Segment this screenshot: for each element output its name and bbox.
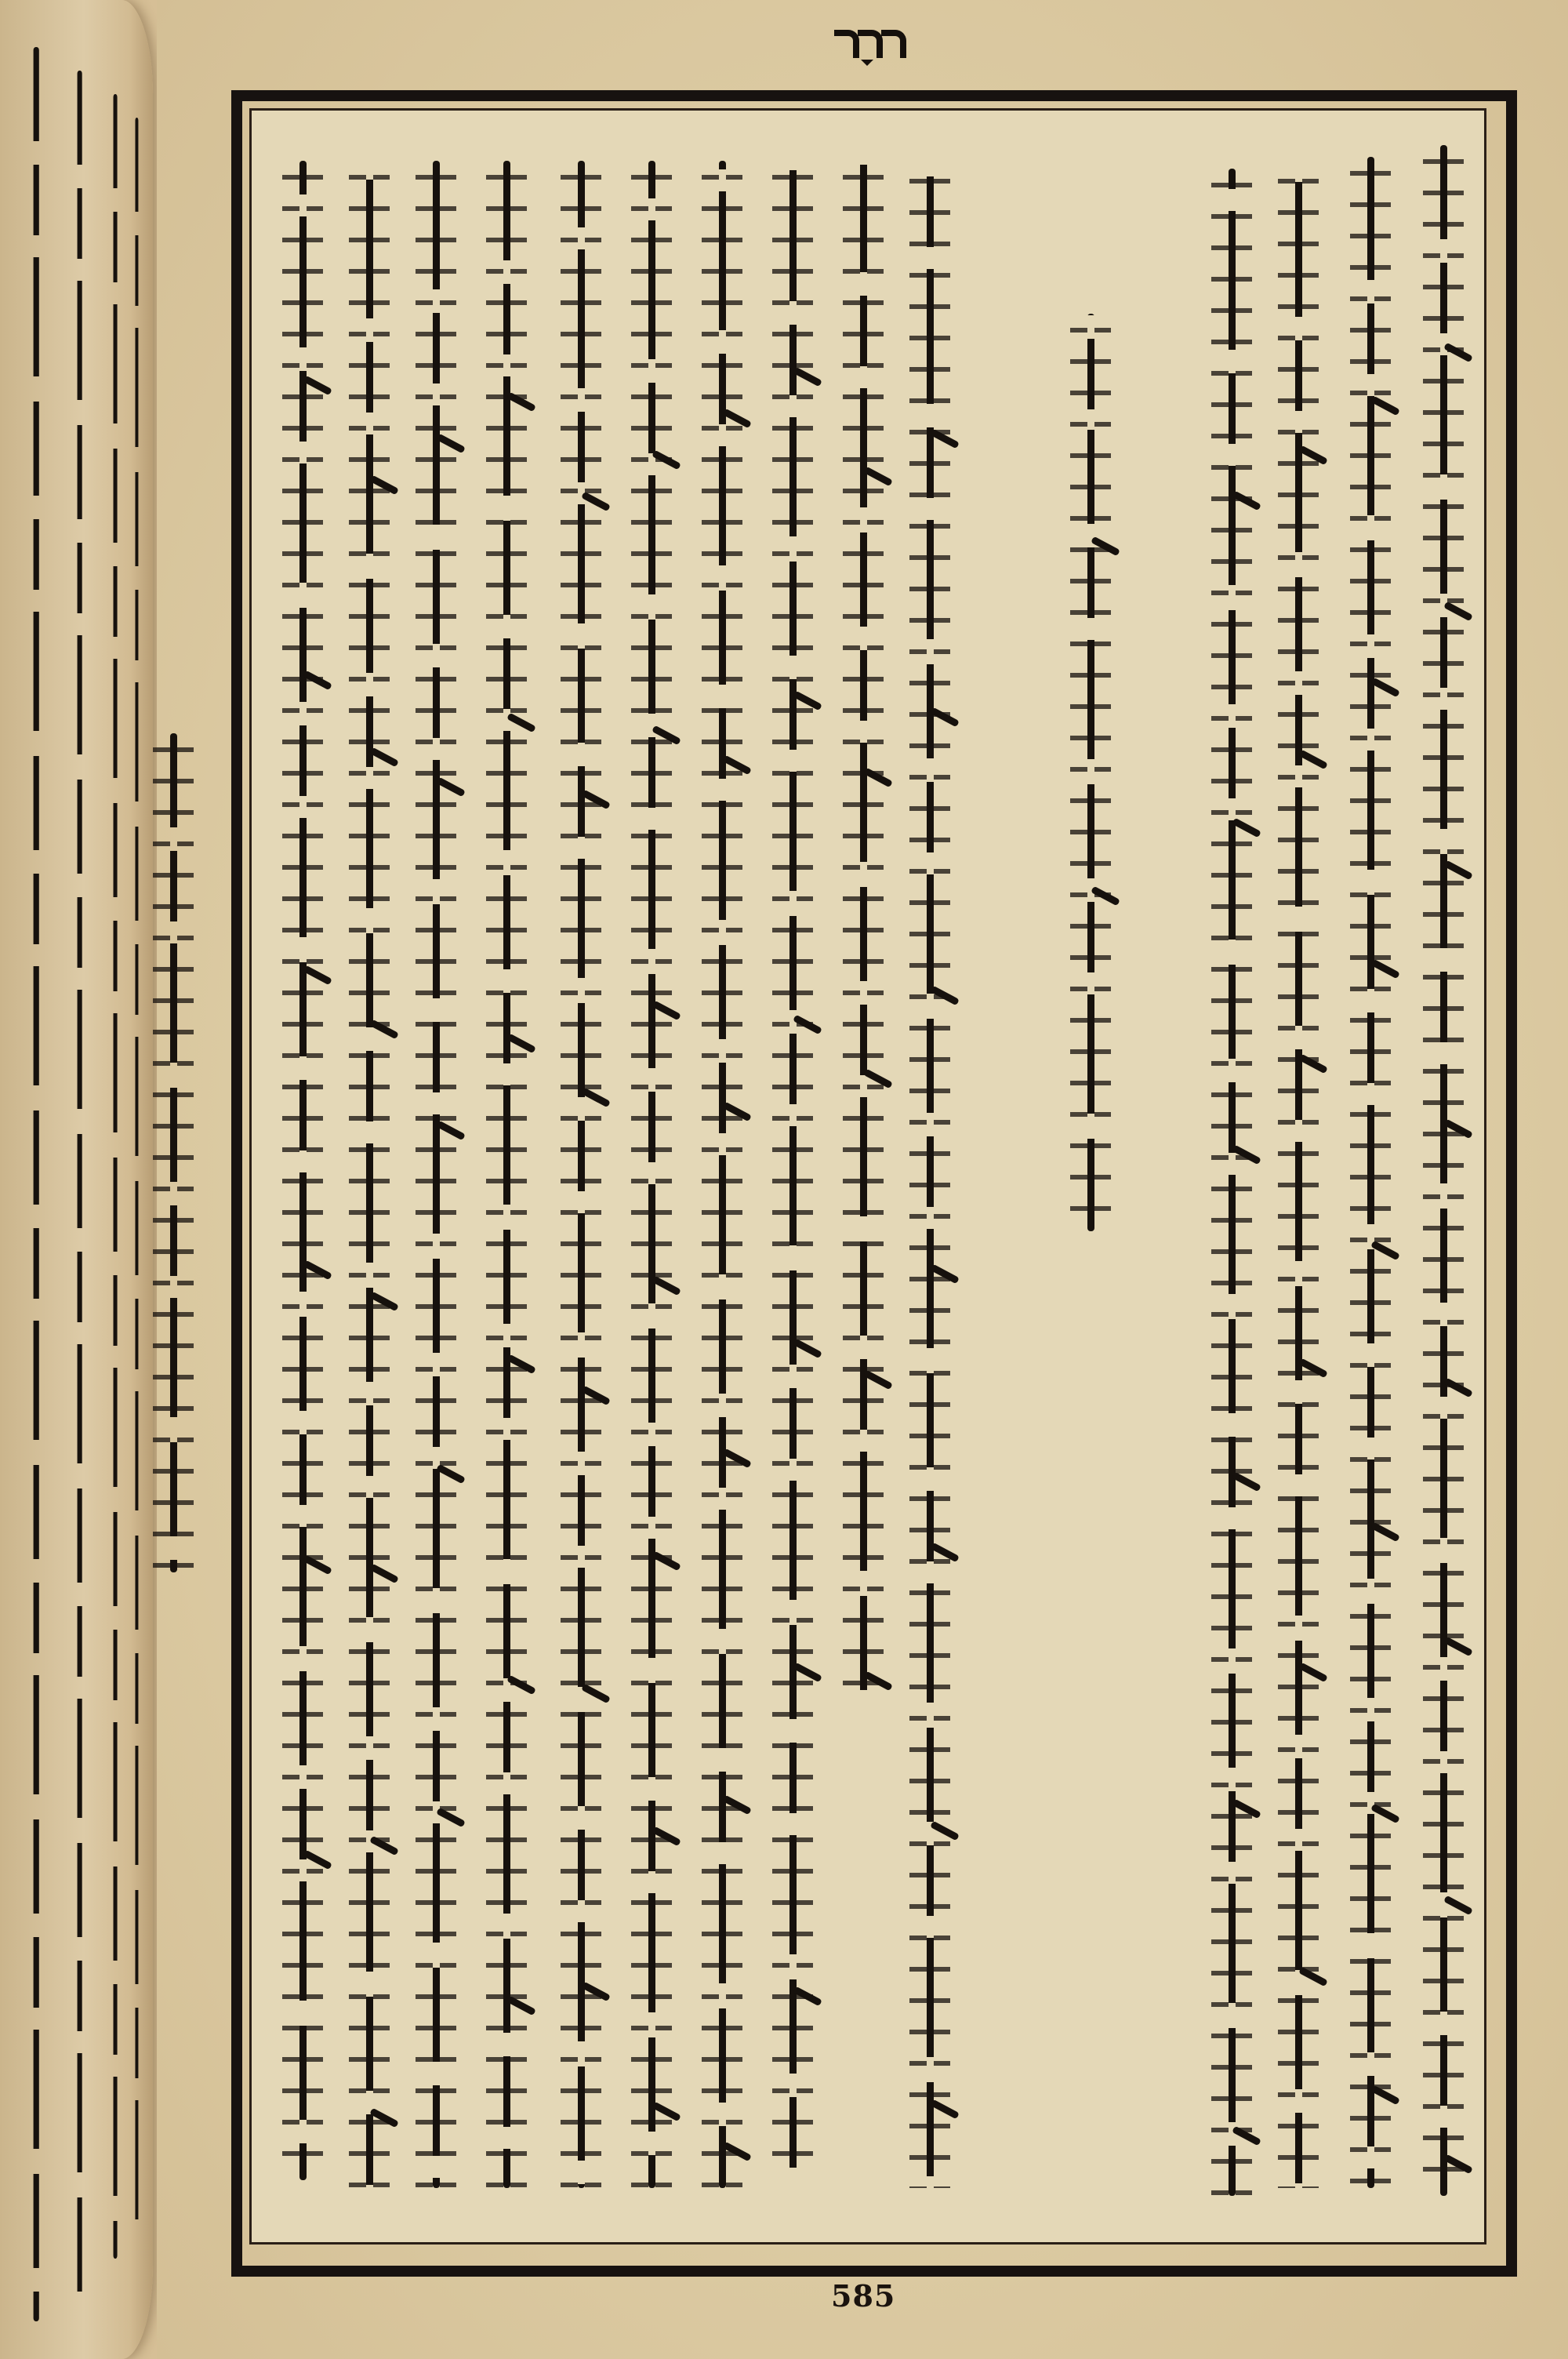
text-column — [1278, 165, 1325, 2188]
numeral-dot — [861, 60, 873, 66]
text-column — [561, 161, 608, 2188]
column-text-detail — [1070, 314, 1117, 1231]
numeral-glyph — [858, 30, 883, 58]
column-text-detail — [1423, 145, 1470, 2196]
column-text-detail — [909, 165, 956, 2188]
facing-page-text-column — [20, 47, 57, 2321]
column-text-detail — [486, 161, 533, 2188]
numeral-glyph — [881, 30, 906, 58]
column-text-detail — [282, 161, 329, 2180]
facing-page-text-column — [66, 71, 98, 2298]
column-text-detail — [561, 161, 608, 2188]
text-column — [1423, 145, 1470, 2196]
text-column — [843, 161, 890, 1710]
running-title — [153, 733, 200, 1572]
facing-page — [0, 0, 153, 2359]
column-text — [135, 118, 138, 2235]
text-column — [772, 161, 819, 2180]
column-text-detail — [702, 161, 749, 2188]
numeral-glyph — [834, 30, 859, 58]
column-text-detail — [349, 161, 396, 2188]
column-text-detail — [416, 161, 463, 2188]
column-text — [34, 47, 39, 2321]
facing-page-text-column — [103, 94, 130, 2259]
text-column — [631, 161, 678, 2188]
text-column — [416, 161, 463, 2188]
page-header-numeral — [831, 24, 902, 71]
text-column — [1211, 169, 1258, 2196]
text-column — [282, 161, 329, 2180]
text-column — [909, 165, 956, 2188]
text-column — [486, 161, 533, 2188]
page-number: 585 — [831, 2278, 909, 2314]
column-text-detail — [1278, 165, 1325, 2188]
facing-page-text-column — [128, 118, 148, 2235]
running-title-text-detail — [153, 733, 200, 1572]
column-text-detail — [772, 161, 819, 2180]
column-text — [78, 71, 82, 2298]
column-text-detail — [843, 161, 890, 1710]
section-heading-column — [1070, 314, 1117, 1231]
text-column — [1350, 157, 1397, 2188]
column-text-detail — [1350, 157, 1397, 2188]
column-text-detail — [1211, 169, 1258, 2196]
text-column — [349, 161, 396, 2188]
text-column — [702, 161, 749, 2188]
column-text — [114, 94, 118, 2259]
